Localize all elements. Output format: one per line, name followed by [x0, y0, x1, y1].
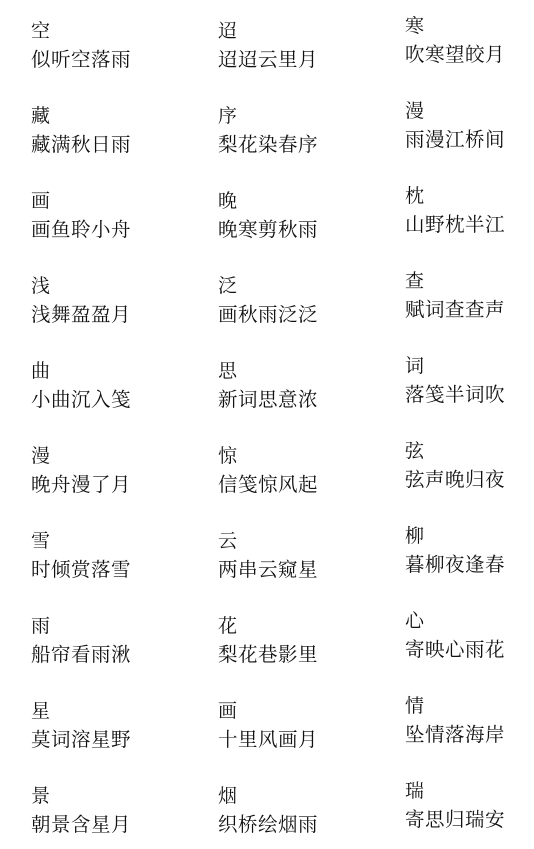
list-item: 寒 吹寒望皎月 [405, 15, 534, 66]
list-item: 画 十里风画月 [218, 700, 378, 751]
list-item: 迢 迢迢云里月 [218, 20, 378, 71]
list-item: 序 梨花染春序 [218, 105, 378, 156]
entry-key: 情 [405, 695, 534, 717]
entry-key: 心 [405, 610, 534, 632]
entry-key: 惊 [218, 445, 378, 467]
list-item: 烟 织桥绘烟雨 [218, 785, 378, 836]
entry-phrase: 新词思意浓 [218, 389, 378, 411]
entry-phrase: 晚寒剪秋雨 [218, 219, 378, 241]
list-item: 惊 信笺惊风起 [218, 445, 378, 496]
list-item: 雨 船帘看雨湫 [31, 615, 191, 666]
list-item: 瑞 寄思归瑞安 [405, 780, 534, 831]
list-item: 浅 浅舞盈盈月 [31, 275, 191, 326]
entry-phrase: 画鱼聆小舟 [31, 219, 191, 241]
entry-phrase: 坠情落海岸 [405, 724, 534, 746]
entry-key: 星 [31, 700, 191, 722]
entry-phrase: 梨花巷影里 [218, 644, 378, 666]
entry-key: 瑞 [405, 780, 534, 802]
entry-phrase: 晚舟漫了月 [31, 474, 191, 496]
entry-phrase: 山野枕半江 [405, 214, 534, 236]
entry-key: 查 [405, 270, 534, 292]
list-item: 泛 画秋雨泛泛 [218, 275, 378, 326]
entry-phrase: 梨花染春序 [218, 134, 378, 156]
entry-phrase: 寄思归瑞安 [405, 809, 534, 831]
entry-phrase: 织桥绘烟雨 [218, 814, 378, 836]
entry-phrase: 朝景含星月 [31, 814, 191, 836]
entry-key: 泛 [218, 275, 378, 297]
list-item: 晚 晚寒剪秋雨 [218, 190, 378, 241]
entry-phrase: 雨漫江桥间 [405, 129, 534, 151]
entry-phrase: 信笺惊风起 [218, 474, 378, 496]
entry-key: 烟 [218, 785, 378, 807]
list-item: 心 寄映心雨花 [405, 610, 534, 661]
entry-key: 序 [218, 105, 378, 127]
entry-key: 空 [31, 20, 191, 42]
entry-key: 思 [218, 360, 378, 382]
list-item: 画 画鱼聆小舟 [31, 190, 191, 241]
list-item: 曲 小曲沉入笺 [31, 360, 191, 411]
list-item: 雪 时倾赏落雪 [31, 530, 191, 581]
entry-phrase: 落笺半词吹 [405, 384, 534, 406]
list-item: 空 似听空落雨 [31, 20, 191, 71]
entry-key: 漫 [405, 100, 534, 122]
entry-key: 弦 [405, 440, 534, 462]
entry-phrase: 小曲沉入笺 [31, 389, 191, 411]
list-item: 枕 山野枕半江 [405, 185, 534, 236]
entry-phrase: 浅舞盈盈月 [31, 304, 191, 326]
list-item: 查 赋词查查声 [405, 270, 534, 321]
entry-key: 枕 [405, 185, 534, 207]
entry-phrase: 暮柳夜逢春 [405, 554, 534, 576]
list-item: 漫 雨漫江桥间 [405, 100, 534, 151]
entry-phrase: 两串云窥星 [218, 559, 378, 581]
entry-key: 漫 [31, 445, 191, 467]
list-item: 弦 弦声晚归夜 [405, 440, 534, 491]
entry-key: 藏 [31, 105, 191, 127]
entry-phrase: 莫词溶星野 [31, 729, 191, 751]
entry-phrase: 寄映心雨花 [405, 639, 534, 661]
entry-key: 画 [31, 190, 191, 212]
entry-key: 寒 [405, 15, 534, 37]
entry-key: 词 [405, 355, 534, 377]
list-item: 思 新词思意浓 [218, 360, 378, 411]
entry-phrase: 时倾赏落雪 [31, 559, 191, 581]
list-item: 情 坠情落海岸 [405, 695, 534, 746]
entry-phrase: 吹寒望皎月 [405, 44, 534, 66]
list-item: 漫 晚舟漫了月 [31, 445, 191, 496]
entry-key: 曲 [31, 360, 191, 382]
entry-phrase: 画秋雨泛泛 [218, 304, 378, 326]
list-item: 花 梨花巷影里 [218, 615, 378, 666]
list-item: 柳 暮柳夜逢春 [405, 525, 534, 576]
entry-key: 晚 [218, 190, 378, 212]
entry-key: 雪 [31, 530, 191, 552]
entry-key: 云 [218, 530, 378, 552]
entry-phrase: 十里风画月 [218, 729, 378, 751]
entry-key: 雨 [31, 615, 191, 637]
word-phrase-grid: 空 似听空落雨 藏 藏满秋日雨 画 画鱼聆小舟 浅 浅舞盈盈月 曲 小曲沉入笺 … [0, 0, 534, 849]
list-item: 星 莫词溶星野 [31, 700, 191, 751]
entry-phrase: 迢迢云里月 [218, 49, 378, 71]
entry-key: 迢 [218, 20, 378, 42]
list-item: 藏 藏满秋日雨 [31, 105, 191, 156]
entry-phrase: 藏满秋日雨 [31, 134, 191, 156]
entry-key: 浅 [31, 275, 191, 297]
list-item: 词 落笺半词吹 [405, 355, 534, 406]
entry-phrase: 赋词查查声 [405, 299, 534, 321]
list-item: 云 两串云窥星 [218, 530, 378, 581]
entry-phrase: 似听空落雨 [31, 49, 191, 71]
entry-phrase: 船帘看雨湫 [31, 644, 191, 666]
list-item: 景 朝景含星月 [31, 785, 191, 836]
entry-key: 柳 [405, 525, 534, 547]
entry-key: 花 [218, 615, 378, 637]
entry-phrase: 弦声晚归夜 [405, 469, 534, 491]
entry-key: 画 [218, 700, 378, 722]
entry-key: 景 [31, 785, 191, 807]
